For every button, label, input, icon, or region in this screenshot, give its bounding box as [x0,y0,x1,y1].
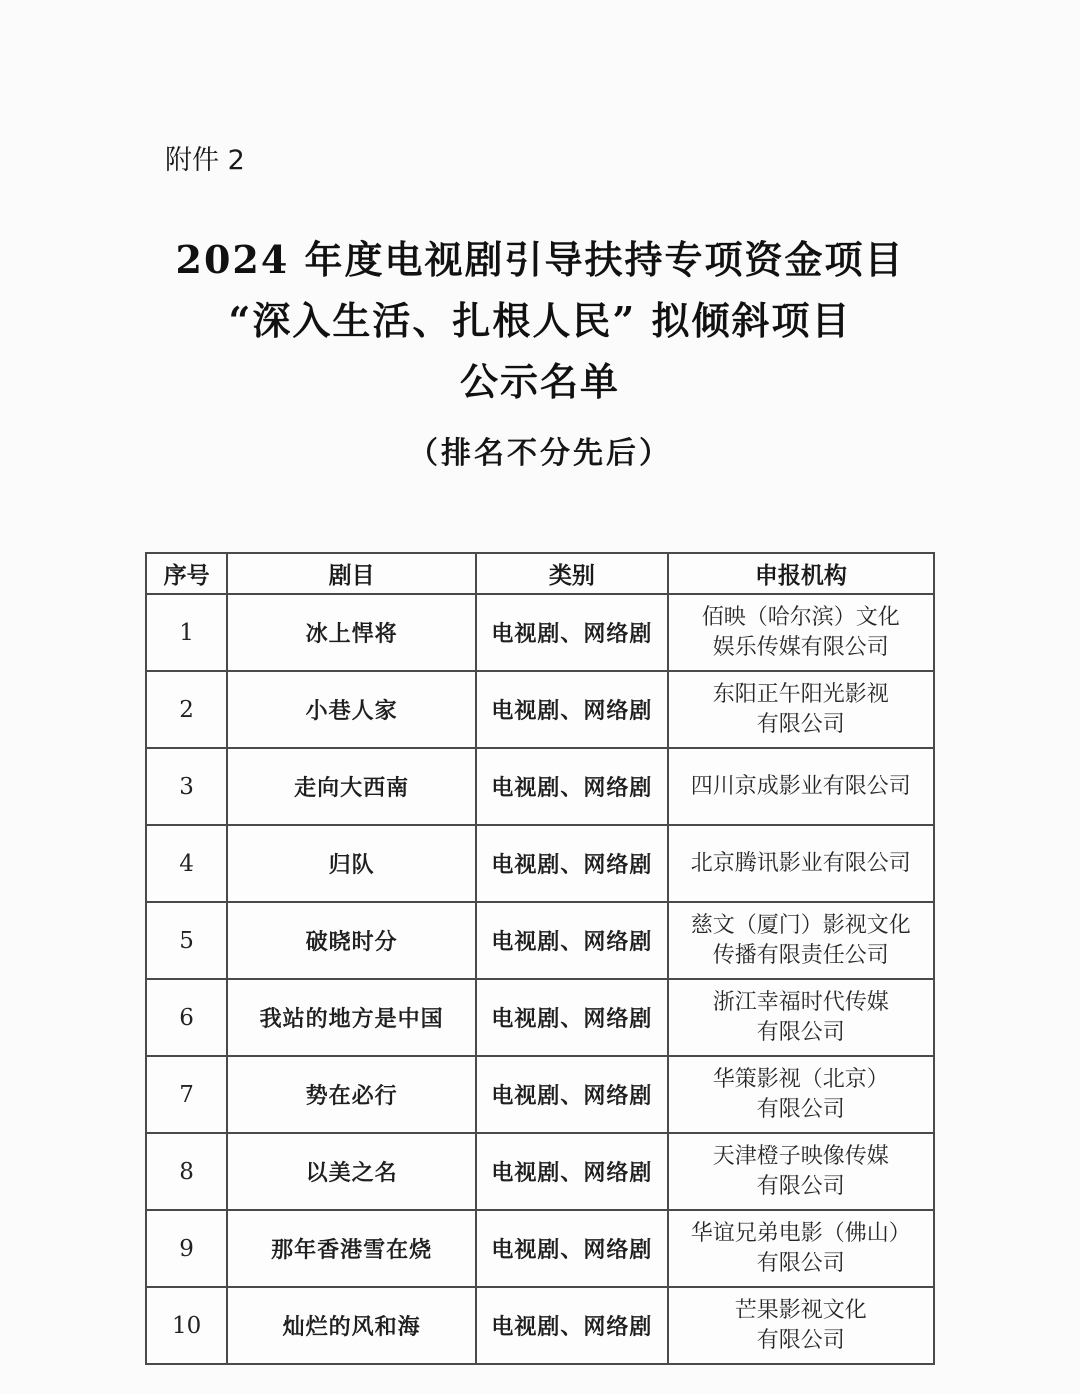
drama-title: 那年香港雪在烧 [227,1210,476,1287]
table-row: 4 归队 电视剧、网络剧 北京腾讯影业有限公司 [146,825,934,902]
drama-title: 灿烂的风和海 [227,1287,476,1364]
drama-category: 电视剧、网络剧 [476,671,667,748]
row-no: 4 [146,825,227,902]
drama-category: 电视剧、网络剧 [476,594,667,671]
row-no: 1 [146,594,227,671]
document-page: 附件 2 2024 年度电视剧引导扶持专项资金项目 “深入生活、扎根人民” 拟倾… [0,0,1080,1394]
ranking-note: （排名不分先后） [0,428,1080,472]
table-row: 3 走向大西南 电视剧、网络剧 四川京成影业有限公司 [146,748,934,825]
projects-table: 序号 剧目 类别 申报机构 1 冰上悍将 电视剧、网络剧 佰映（哈尔滨）文化 娱… [145,552,935,1365]
drama-category: 电视剧、网络剧 [476,825,667,902]
table-row: 6 我站的地方是中国 电视剧、网络剧 浙江幸福时代传媒 有限公司 [146,979,934,1056]
table-row: 1 冰上悍将 电视剧、网络剧 佰映（哈尔滨）文化 娱乐传媒有限公司 [146,594,934,671]
drama-category: 电视剧、网络剧 [476,1287,667,1364]
row-no: 8 [146,1133,227,1210]
row-no: 5 [146,902,227,979]
table-row: 8 以美之名 电视剧、网络剧 天津橙子映像传媒 有限公司 [146,1133,934,1210]
applicant-org: 佰映（哈尔滨）文化 娱乐传媒有限公司 [668,594,934,671]
applicant-org: 芒果影视文化 有限公司 [668,1287,934,1364]
drama-title: 破晓时分 [227,902,476,979]
applicant-org: 东阳正午阳光影视 有限公司 [668,671,934,748]
drama-title: 以美之名 [227,1133,476,1210]
col-header-title: 剧目 [227,553,476,594]
applicant-org: 浙江幸福时代传媒 有限公司 [668,979,934,1056]
col-header-no: 序号 [146,553,227,594]
drama-category: 电视剧、网络剧 [476,1133,667,1210]
row-no: 9 [146,1210,227,1287]
table-row: 9 那年香港雪在烧 电视剧、网络剧 华谊兄弟电影（佛山） 有限公司 [146,1210,934,1287]
drama-title: 归队 [227,825,476,902]
row-no: 2 [146,671,227,748]
col-header-organization: 申报机构 [668,553,934,594]
applicant-org: 天津橙子映像传媒 有限公司 [668,1133,934,1210]
document-title: 2024 年度电视剧引导扶持专项资金项目 “深入生活、扎根人民” 拟倾斜项目 公… [0,229,1080,412]
col-header-category: 类别 [476,553,667,594]
drama-title: 走向大西南 [227,748,476,825]
drama-category: 电视剧、网络剧 [476,902,667,979]
drama-category: 电视剧、网络剧 [476,748,667,825]
table-row: 2 小巷人家 电视剧、网络剧 东阳正午阳光影视 有限公司 [146,671,934,748]
drama-category: 电视剧、网络剧 [476,1056,667,1133]
title-line-2: “深入生活、扎根人民” 拟倾斜项目 [0,290,1080,351]
attachment-label: 附件 2 [165,138,1080,177]
applicant-org: 四川京成影业有限公司 [668,748,934,825]
applicant-org: 慈文（厦门）影视文化 传播有限责任公司 [668,902,934,979]
row-no: 6 [146,979,227,1056]
drama-title: 我站的地方是中国 [227,979,476,1056]
table-row: 7 势在必行 电视剧、网络剧 华策影视（北京） 有限公司 [146,1056,934,1133]
drama-title: 势在必行 [227,1056,476,1133]
title-line-3: 公示名单 [0,351,1080,412]
title-line-1: 2024 年度电视剧引导扶持专项资金项目 [0,229,1080,290]
table-row: 10 灿烂的风和海 电视剧、网络剧 芒果影视文化 有限公司 [146,1287,934,1364]
table-row: 5 破晓时分 电视剧、网络剧 慈文（厦门）影视文化 传播有限责任公司 [146,902,934,979]
row-no: 3 [146,748,227,825]
applicant-org: 北京腾讯影业有限公司 [668,825,934,902]
drama-title: 冰上悍将 [227,594,476,671]
applicant-org: 华谊兄弟电影（佛山） 有限公司 [668,1210,934,1287]
row-no: 7 [146,1056,227,1133]
drama-title: 小巷人家 [227,671,476,748]
drama-category: 电视剧、网络剧 [476,979,667,1056]
applicant-org: 华策影视（北京） 有限公司 [668,1056,934,1133]
table-header-row: 序号 剧目 类别 申报机构 [146,553,934,594]
drama-category: 电视剧、网络剧 [476,1210,667,1287]
row-no: 10 [146,1287,227,1364]
